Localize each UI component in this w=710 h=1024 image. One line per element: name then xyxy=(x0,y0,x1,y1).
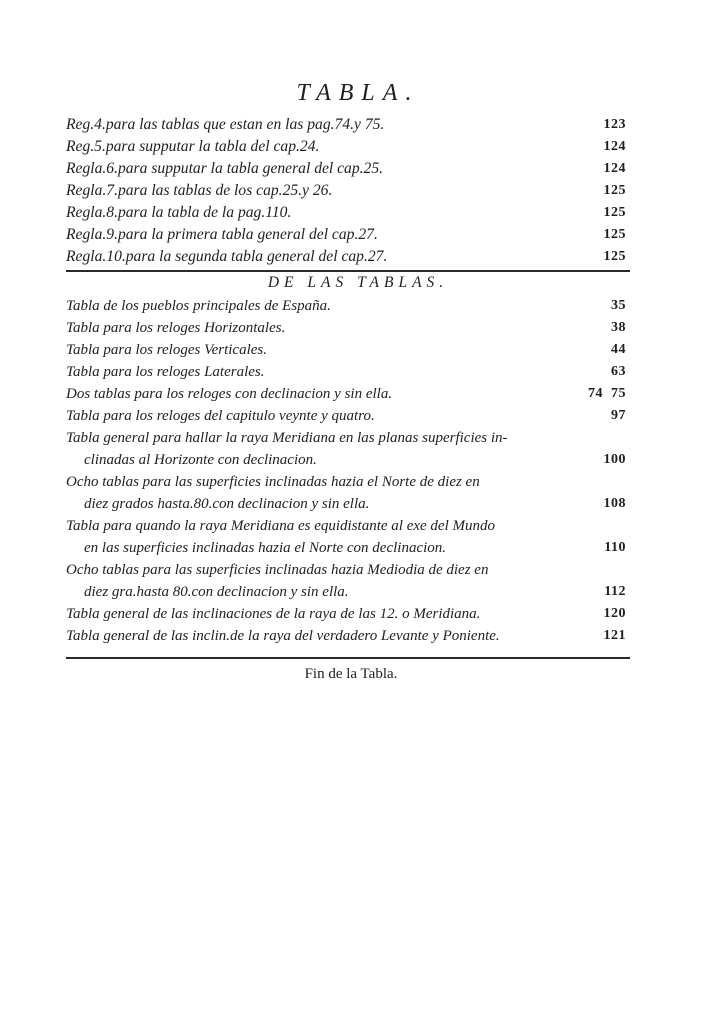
tables-section: Tabla de los pueblos principales de Espa… xyxy=(66,295,630,647)
entry-text: Dos tablas para los reloges con declinac… xyxy=(66,383,392,405)
index-entry: Tabla para quando la raya Meridiana es e… xyxy=(66,515,630,559)
index-page: TABLA. Reg.4.para las tablas que estan e… xyxy=(66,78,630,684)
index-entry: Tabla general de las inclin.de la raya d… xyxy=(66,625,630,647)
index-entry: Tabla para los reloges Horizontales.38 xyxy=(66,317,630,339)
entry-page: 121 xyxy=(604,625,627,647)
footer-text: Fin de la Tabla. xyxy=(66,664,630,684)
entry-page: 35 xyxy=(611,295,626,317)
index-entry: Regla.10.para la segunda tabla general d… xyxy=(66,246,630,268)
index-entry: Regla.8.para la tabla de la pag.110.125 xyxy=(66,202,630,224)
index-entry: Dos tablas para los reloges con declinac… xyxy=(66,383,630,405)
entry-text-line1: Tabla para quando la raya Meridiana es e… xyxy=(66,515,495,537)
entry-page: 38 xyxy=(611,317,626,339)
entry-page: 112 xyxy=(604,581,626,603)
entry-text: Tabla para los reloges Laterales. xyxy=(66,361,265,383)
index-entry: Regla.9.para la primera tabla general de… xyxy=(66,224,630,246)
entry-page: 125 xyxy=(604,246,627,268)
entry-text: Tabla general de las inclin.de la raya d… xyxy=(66,625,500,647)
section-divider xyxy=(66,270,630,272)
entry-text: Tabla para los reloges Verticales. xyxy=(66,339,267,361)
entry-text-line2: diez gra.hasta 80.con declinacion y sin … xyxy=(84,581,349,603)
entry-text: Regla.10.para la segunda tabla general d… xyxy=(66,246,387,268)
rules-section: Reg.4.para las tablas que estan en las p… xyxy=(66,114,630,268)
index-entry: Tabla general de las inclinaciones de la… xyxy=(66,603,630,625)
entry-text: Regla.6.para supputar la tabla general d… xyxy=(66,158,383,180)
entry-page: 123 xyxy=(604,114,627,136)
entry-text-line1: Tabla general para hallar la raya Meridi… xyxy=(66,427,508,449)
index-entry: Regla.6.para supputar la tabla general d… xyxy=(66,158,630,180)
entry-text: Reg.5.para supputar la tabla del cap.24. xyxy=(66,136,319,158)
entry-text: Regla.9.para la primera tabla general de… xyxy=(66,224,378,246)
page-title: TABLA. xyxy=(66,78,630,108)
entry-text-line2: diez grados hasta.80.con declinacion y s… xyxy=(84,493,369,515)
entry-page: 74 75 xyxy=(588,383,626,405)
index-entry: Regla.7.para las tablas de los cap.25.y … xyxy=(66,180,630,202)
entry-page: 120 xyxy=(604,603,627,625)
entry-page: 125 xyxy=(604,202,627,224)
entry-text: Tabla para los reloges del capitulo veyn… xyxy=(66,405,375,427)
entry-text: Regla.8.para la tabla de la pag.110. xyxy=(66,202,291,224)
index-entry: Tabla para los reloges Laterales.63 xyxy=(66,361,630,383)
entry-text: Regla.7.para las tablas de los cap.25.y … xyxy=(66,180,332,202)
entry-text: Tabla de los pueblos principales de Espa… xyxy=(66,295,331,317)
entry-page: 108 xyxy=(604,493,627,515)
index-entry: Tabla para los reloges del capitulo veyn… xyxy=(66,405,630,427)
entry-page: 125 xyxy=(604,180,627,202)
index-entry: Tabla de los pueblos principales de Espa… xyxy=(66,295,630,317)
index-entry: Ocho tablas para las superficies inclina… xyxy=(66,471,630,515)
entry-text-line2: en las superficies inclinadas hazia el N… xyxy=(84,537,446,559)
entry-page: 110 xyxy=(604,537,626,559)
end-divider xyxy=(66,657,630,659)
entry-page: 97 xyxy=(611,405,626,427)
index-entry: Tabla para los reloges Verticales.44 xyxy=(66,339,630,361)
entry-page: 124 xyxy=(604,136,627,158)
entry-page: 44 xyxy=(611,339,626,361)
entry-page: 124 xyxy=(604,158,627,180)
entry-text: Tabla general de las inclinaciones de la… xyxy=(66,603,480,625)
section-heading: DE LAS TABLAS. xyxy=(66,273,630,293)
index-entry: Ocho tablas para las superficies inclina… xyxy=(66,559,630,603)
entry-text-line1: Ocho tablas para las superficies inclina… xyxy=(66,559,488,581)
entry-text-line1: Ocho tablas para las superficies inclina… xyxy=(66,471,480,493)
index-entry: Reg.4.para las tablas que estan en las p… xyxy=(66,114,630,136)
entry-text: Tabla para los reloges Horizontales. xyxy=(66,317,285,339)
index-entry: Tabla general para hallar la raya Meridi… xyxy=(66,427,630,471)
entry-text: Reg.4.para las tablas que estan en las p… xyxy=(66,114,384,136)
entry-page: 125 xyxy=(604,224,627,246)
index-entry: Reg.5.para supputar la tabla del cap.24.… xyxy=(66,136,630,158)
entry-page: 63 xyxy=(611,361,626,383)
entry-page: 100 xyxy=(604,449,627,471)
entry-text-line2: clinadas al Horizonte con declinacion. xyxy=(84,449,317,471)
